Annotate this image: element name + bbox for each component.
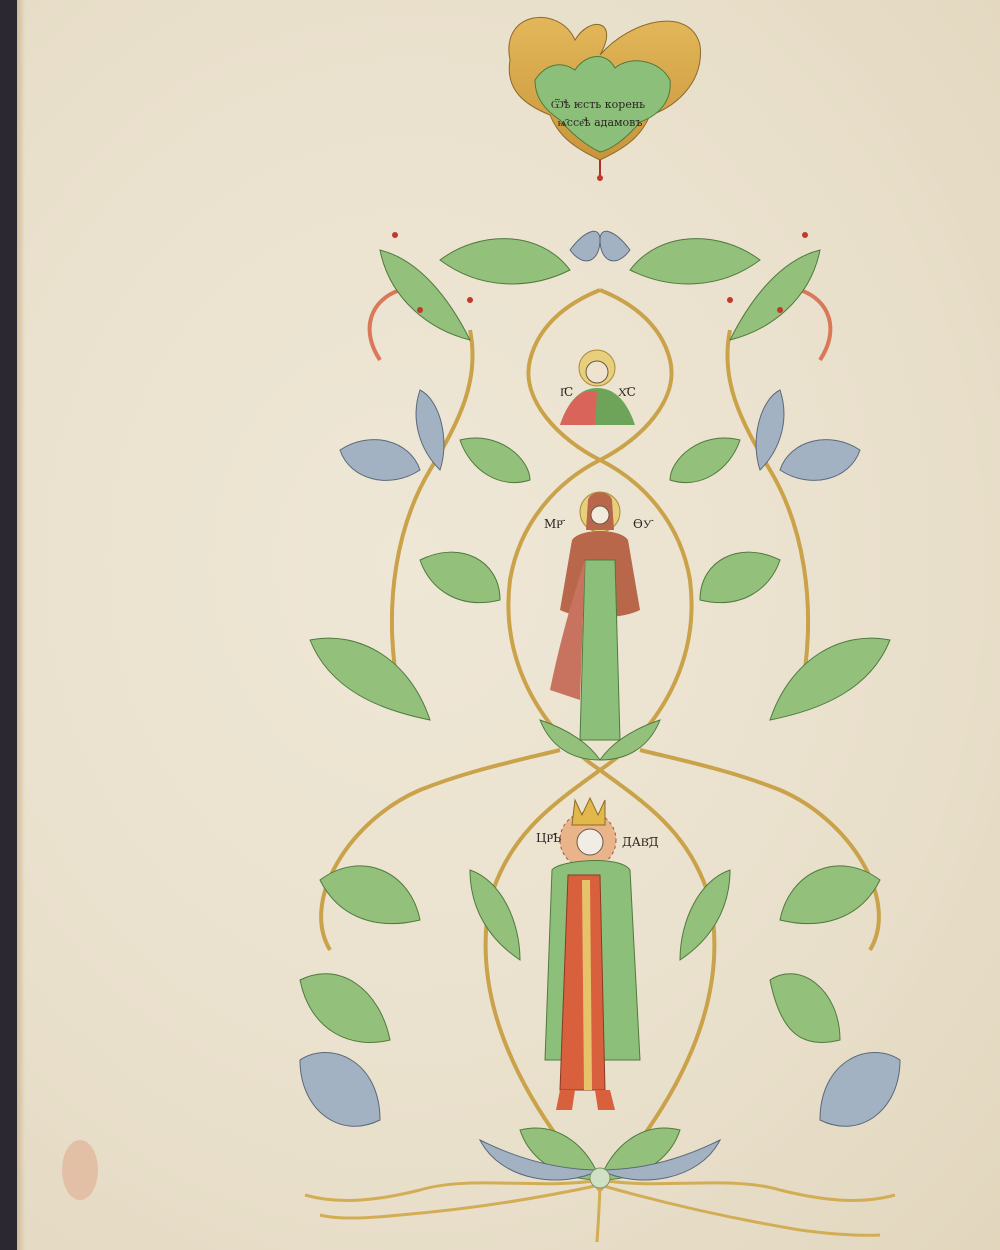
cartouche-text-line-1: Ѿ҃ѣ ѥсть корень	[551, 98, 645, 111]
cartouche-text-line-2: ѩ҃ссе҃ѣ адамовъ	[558, 116, 643, 129]
medallion-david: ЦР҃Ь ДАВ҃Д	[536, 798, 659, 1110]
cartouche: Ѿ҃ѣ ѥсть корень ѩ҃ссе҃ѣ адамовъ	[509, 17, 701, 181]
medallion-christ: І҃С Х҃С	[560, 350, 636, 425]
tree-of-jesse-illustration: Ѿ҃ѣ ѥсть корень ѩ҃ссе҃ѣ адамовъ	[0, 0, 1000, 1250]
medallion-theotokos: МР҃ ѲУ҃	[544, 492, 653, 740]
roots	[305, 1168, 895, 1242]
label-david-right: ДАВ҃Д	[622, 835, 659, 849]
label-christ-right: Х҃С	[618, 385, 636, 399]
label-theotokos-left: МР҃	[544, 517, 565, 531]
label-christ-left: І҃С	[560, 385, 573, 399]
manuscript-page: Ѿ҃ѣ ѥсть корень ѩ҃ссе҃ѣ адамовъ	[0, 0, 1000, 1250]
label-theotokos-right: ѲУ҃	[633, 517, 653, 531]
stain	[62, 1140, 98, 1200]
label-david-left: ЦР҃Ь	[536, 831, 561, 845]
